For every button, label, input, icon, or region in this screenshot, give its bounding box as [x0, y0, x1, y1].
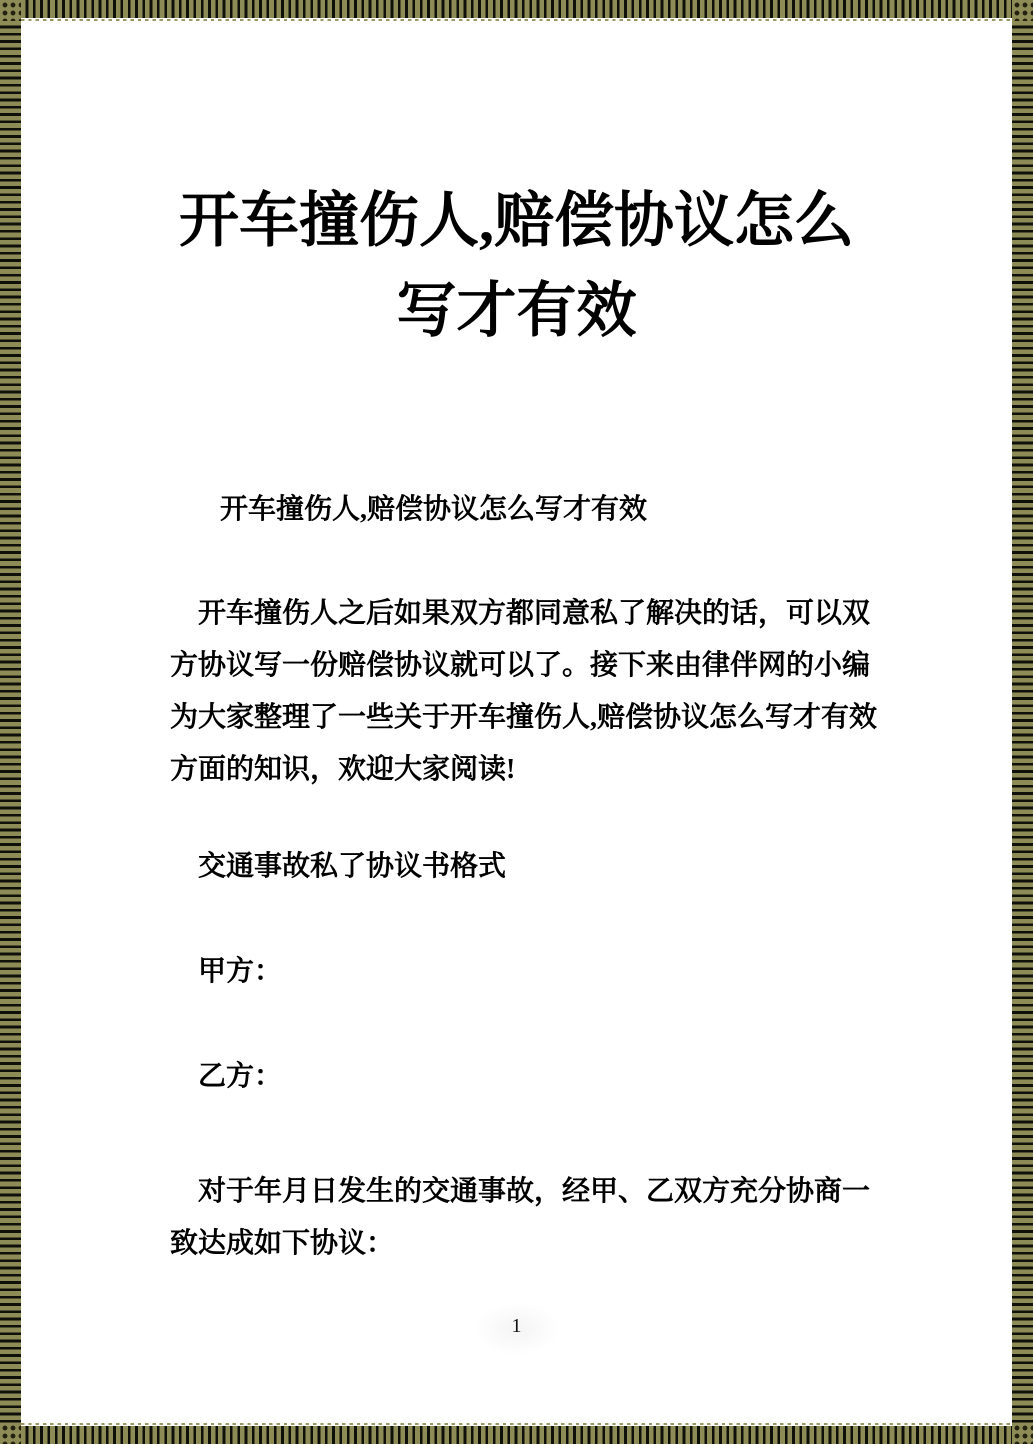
- page-number: 1: [21, 1311, 1012, 1341]
- section-heading: 交通事故私了协议书格式: [198, 846, 506, 888]
- border-bottom-stripe-band: [21, 1426, 1012, 1444]
- border-corner-bottom-right: [1012, 1423, 1033, 1444]
- border-corner-top-right: [1012, 0, 1033, 21]
- page-body: 开车撞伤人,赔偿协议怎么 写才有效 开车撞伤人,赔偿协议怎么写才有效 开车撞伤人…: [21, 21, 1012, 1423]
- page-title-line-1: 开车撞伤人,赔偿协议怎么: [21, 176, 1012, 266]
- paragraph-agreement-line-1: 对于年月日发生的交通事故，经甲、乙双方充分协商一: [170, 1166, 880, 1218]
- document-page: 开车撞伤人,赔偿协议怎么 写才有效 开车撞伤人,赔偿协议怎么写才有效 开车撞伤人…: [0, 0, 1033, 1444]
- page-title-line-2: 写才有效: [21, 266, 1012, 356]
- paragraph-intro-line-4: 方面的知识，欢迎大家阅读!: [170, 744, 880, 796]
- border-left-stripes: [0, 21, 21, 1423]
- page-title: 开车撞伤人,赔偿协议怎么 写才有效: [21, 176, 1012, 356]
- paragraph-intro: 开车撞伤人之后如果双方都同意私了解决的话，可以双 方协议写一份赔偿协议就可以了。…: [170, 588, 880, 796]
- paragraph-agreement: 对于年月日发生的交通事故，经甲、乙双方充分协商一 致达成如下协议：: [170, 1166, 880, 1270]
- border-right-stripes: [1012, 21, 1033, 1423]
- paragraph-agreement-line-2: 致达成如下协议：: [170, 1218, 880, 1270]
- party-b-label: 乙方：: [198, 1056, 282, 1098]
- border-top-stripes: [21, 0, 1012, 21]
- party-a-label: 甲方：: [198, 951, 282, 993]
- subtitle: 开车撞伤人,赔偿协议怎么写才有效: [220, 490, 647, 530]
- border-bottom-stripes: [21, 1423, 1012, 1444]
- paragraph-intro-line-3: 为大家整理了一些关于开车撞伤人,赔偿协议怎么写才有效: [170, 692, 880, 744]
- border-corner-bottom-left: [0, 1423, 21, 1444]
- paragraph-intro-line-2: 方协议写一份赔偿协议就可以了。接下来由律伴网的小编: [170, 640, 880, 692]
- border-top-stripe-band: [21, 0, 1012, 18]
- paragraph-intro-line-1: 开车撞伤人之后如果双方都同意私了解决的话，可以双: [170, 588, 880, 640]
- border-corner-top-left: [0, 0, 21, 21]
- border-bottom-dotted-edge: [21, 1423, 1012, 1425]
